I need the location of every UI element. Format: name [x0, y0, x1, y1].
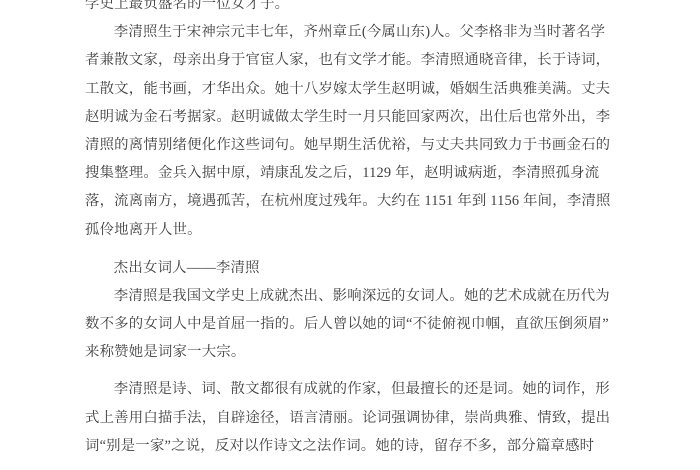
text-line-16-truncated-bottom: 词“别是一家”之说，反对以作诗文之法作词。她的诗，留存不多，部分篇章感时 — [85, 432, 665, 460]
text-line-6: 清照的离情别绪便化作这些词句。她早期生活优裕，与丈夫共同致力于书画金石的 — [85, 131, 665, 159]
text-line-4: 工散文，能书画，才华出众。她十八岁嫁太学生赵明诚，婚姻生活典雅美满。丈夫 — [85, 75, 665, 103]
text-line-12: 数不多的女词人中是首屈一指的。后人曾以她的词“不徒俯视巾帼，直欲压倒须眉” — [85, 310, 665, 338]
text-line-8: 落，流离南方，境遇孤苦，在杭州度过残年。大约在 1151 年到 1156 年间，… — [85, 187, 665, 215]
text-line-2-paragraph-start: 李清照生于宋神宗元丰七年，齐州章丘(今属山东)人。父李格非为当时著名学 — [85, 18, 665, 46]
document-page: 学史上最负盛名的一位女才子。 李清照生于宋神宗元丰七年，齐州章丘(今属山东)人。… — [0, 0, 700, 470]
document-text-block: 学史上最负盛名的一位女才子。 李清照生于宋神宗元丰七年，齐州章丘(今属山东)人。… — [85, 0, 665, 460]
text-line-15: 式上善用白描手法，自辟途径，语言清丽。论词强调协律，崇尚典雅、情致，提出 — [85, 404, 665, 432]
text-line-7: 搜集整理。金兵入据中原，靖康乱发之后，1129 年，赵明诚病逝，李清照孤身流 — [85, 159, 665, 187]
text-line-3: 者兼散文家，母亲出身于官宦人家，也有文学才能。李清照通晓音律，长于诗词， — [85, 46, 665, 74]
text-line-11-paragraph-start: 李清照是我国文学史上成就杰出、影响深远的女词人。她的艺术成就在历代为 — [85, 282, 665, 310]
text-line-13-paragraph-end: 来称赞她是词家一大宗。 — [85, 338, 665, 366]
text-line-1-truncated-top: 学史上最负盛名的一位女才子。 — [85, 0, 665, 18]
text-line-5: 赵明诚为金石考据家。赵明诚做太学生时一月只能回家两次，出仕后也常外出，李 — [85, 103, 665, 131]
text-line-9-paragraph-end: 孤伶地离开人世。 — [85, 216, 665, 244]
text-line-14-paragraph-start: 李清照是诗、词、散文都很有成就的作家，但最擅长的还是词。她的词作，形 — [85, 375, 665, 403]
section-heading: 杰出女词人——李清照 — [85, 254, 665, 282]
